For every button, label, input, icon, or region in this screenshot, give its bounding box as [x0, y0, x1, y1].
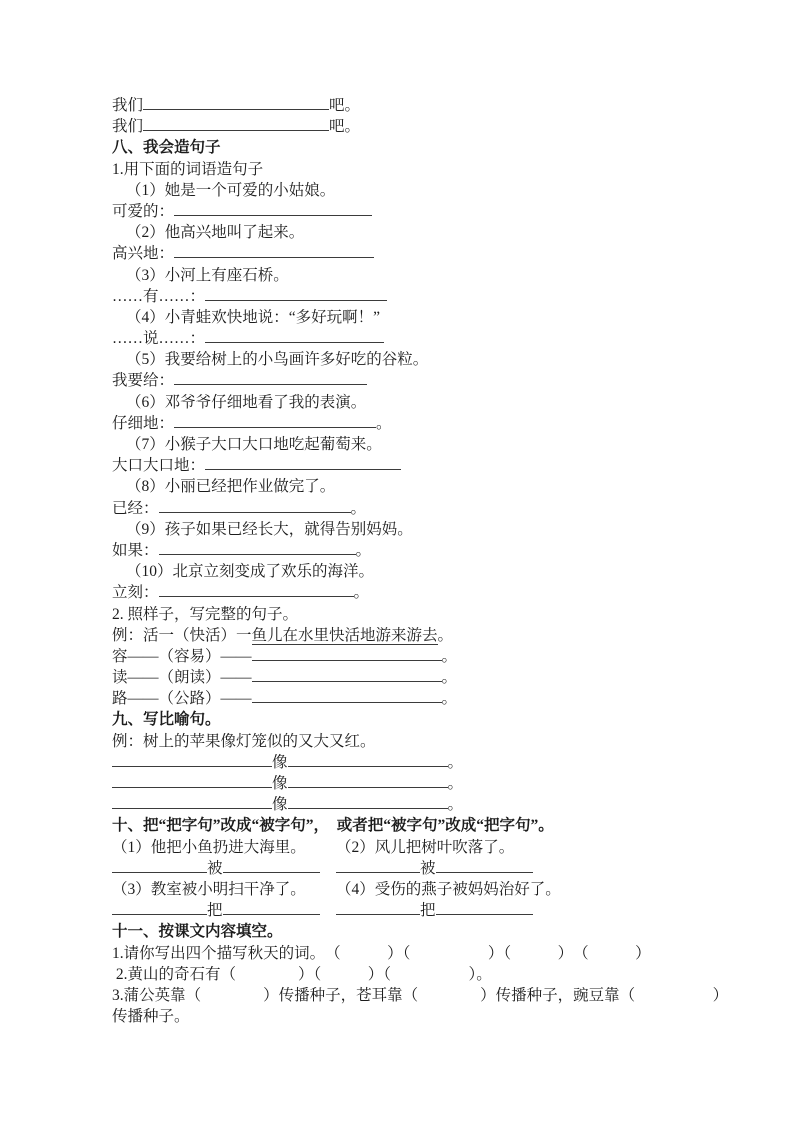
line-text: 被	[420, 860, 436, 877]
worksheet-line: （3）小河上有座石桥。	[112, 265, 763, 286]
worksheet-line: 2. 照样子，写完整的句子。	[112, 604, 763, 625]
line-text: 1.请你写出四个描写秋天的词。 （ ）（ ）（ ） （ ）	[112, 945, 651, 962]
line-text: （9）孩子如果已经长大，就得告别妈妈。	[126, 521, 413, 538]
line-text: 我们	[112, 97, 143, 114]
answer-blank	[112, 753, 272, 767]
answer-blank	[252, 668, 442, 682]
underlined-example: 鱼儿在水里快活地游来游去	[252, 627, 438, 645]
line-text: 如果：	[112, 542, 159, 559]
line-text: 。	[356, 542, 372, 559]
worksheet-line: 1.请你写出四个描写秋天的词。 （ ）（ ）（ ） （ ）	[112, 943, 763, 964]
worksheet-line: （4）小青蛙欢快地说：“多好玩啊！”	[112, 307, 763, 328]
line-text: 像	[272, 796, 288, 813]
line-text: 。	[438, 627, 454, 644]
answer-blank	[159, 541, 356, 555]
worksheet-line: 传播种子。	[112, 1006, 763, 1027]
line-text: 2.黄山的奇石有（ ）（ ）（ ）。	[112, 966, 492, 983]
answer-blank	[205, 287, 387, 301]
worksheet-line: （9）孩子如果已经长大，就得告别妈妈。	[112, 519, 763, 540]
section-10-heading: 十、把“把字句”改成“被字句”， 或者把“被字句”改成“把字句”。	[112, 815, 763, 836]
line-text: 。	[448, 775, 464, 792]
conversion-answer: 把	[112, 900, 336, 921]
answer-blank	[336, 901, 420, 915]
answer-blank	[205, 329, 384, 343]
line-text: 把	[207, 902, 223, 919]
worksheet-line: 仔细地：。	[112, 413, 763, 434]
answer-blank	[288, 753, 448, 767]
heading-text: 十一、按课文内容填空。	[112, 923, 283, 940]
heading-text: 九、写比喻句。	[112, 711, 221, 728]
line-text: 立刻：	[112, 584, 159, 601]
answer-blank	[174, 202, 372, 216]
line-text: （10）北京立刻变成了欢乐的海洋。	[126, 563, 374, 580]
answer-blank	[112, 795, 272, 809]
answer-blank	[336, 859, 420, 873]
worksheet-line: 可爱的：	[112, 201, 763, 222]
line-text: 可爱的：	[112, 203, 174, 220]
line-text: 已经：	[112, 500, 159, 517]
line-text: 例：树上的苹果像灯笼似的又大又红。	[112, 733, 376, 750]
worksheet-line: （8）小丽已经把作业做完了。	[112, 476, 763, 497]
line-text: 。	[442, 669, 458, 686]
worksheet-line: 例：树上的苹果像灯笼似的又大又红。	[112, 731, 763, 752]
line-text: （1）她是一个可爱的小姑娘。	[126, 182, 335, 199]
worksheet-line: 我们吧。	[112, 95, 763, 116]
answer-blank	[205, 456, 401, 470]
worksheet-line: （3）教室被小明扫干净了。（4）受伤的燕子被妈妈治好了。	[112, 879, 763, 900]
worksheet-line: ……说……：	[112, 328, 763, 349]
worksheet-line: （10）北京立刻变成了欢乐的海洋。	[112, 561, 763, 582]
line-text: 把	[420, 902, 436, 919]
worksheet-line: 如果：。	[112, 540, 763, 561]
answer-blank	[436, 859, 533, 873]
section-11-heading: 十一、按课文内容填空。	[112, 921, 763, 942]
line-text: 容——（容易）——	[112, 648, 252, 665]
answer-blank	[159, 583, 354, 597]
worksheet-line: 读——（朗读）——。	[112, 667, 763, 688]
worksheet-line: 2.黄山的奇石有（ ）（ ）（ ）。	[112, 964, 763, 985]
line-text: 被	[207, 860, 223, 877]
worksheet-line: 被 被	[112, 858, 763, 879]
line-text: 。	[448, 754, 464, 771]
worksheet-line: 高兴地：	[112, 243, 763, 264]
answer-blank	[174, 244, 374, 258]
heading-text: 八、我会造句子	[112, 139, 221, 156]
line-text: 吧。	[329, 118, 360, 135]
line-text: 像	[272, 775, 288, 792]
line-text: 。	[442, 648, 458, 665]
worksheet-line: 已经：。	[112, 498, 763, 519]
line-text: 像	[272, 754, 288, 771]
worksheet-line: （6）邓爷爷仔细地看了我的表演。	[112, 392, 763, 413]
answer-blank	[436, 901, 533, 915]
worksheet-line: 大口大口地：	[112, 455, 763, 476]
worksheet-line: 立刻：。	[112, 582, 763, 603]
line-text: 。	[376, 415, 392, 432]
line-text: 。	[448, 796, 464, 813]
line-text: （2）他高兴地叫了起来。	[126, 224, 304, 241]
answer-blank	[112, 901, 207, 915]
line-text: （6）邓爷爷仔细地看了我的表演。	[126, 394, 366, 411]
answer-blank	[288, 774, 448, 788]
answer-blank	[143, 96, 329, 110]
answer-blank	[223, 901, 320, 915]
worksheet-line: （5）我要给树上的小鸟画许多好吃的谷粒。	[112, 349, 763, 370]
line-text: 1.用下面的词语造句子	[112, 161, 263, 178]
line-text: 传播种子。	[112, 1008, 190, 1025]
line-text: 。	[351, 500, 367, 517]
answer-blank	[159, 499, 351, 513]
worksheet-line: 像。	[112, 773, 763, 794]
line-text: 2. 照样子，写完整的句子。	[112, 606, 298, 623]
line-text: （3）小河上有座石桥。	[126, 267, 289, 284]
answer-blank	[288, 795, 448, 809]
conversion-answer: 把	[336, 900, 763, 921]
line-text: （7）小猴子大口大口地吃起葡萄来。	[126, 436, 382, 453]
line-text: 我要给：	[112, 372, 174, 389]
worksheet-line: 1.用下面的词语造句子	[112, 159, 763, 180]
worksheet-line: （7）小猴子大口大口地吃起葡萄来。	[112, 434, 763, 455]
worksheet-line: ……有……：	[112, 286, 763, 307]
line-text: （4）小青蛙欢快地说：“多好玩啊！”	[126, 309, 380, 326]
worksheet-line: （1）他把小鱼扔进大海里。（2）风儿把树叶吹落了。	[112, 837, 763, 858]
answer-blank	[143, 117, 329, 131]
worksheet-line: 路——（公路）——。	[112, 688, 763, 709]
worksheet-line: 像。	[112, 752, 763, 773]
worksheet-line: 把 把	[112, 900, 763, 921]
worksheet-line: 我要给：	[112, 370, 763, 391]
worksheet-line: 容——（容易）——。	[112, 646, 763, 667]
line-text: （3）教室被小明扫干净了。	[112, 879, 336, 900]
line-text: （8）小丽已经把作业做完了。	[126, 478, 335, 495]
worksheet-line: 3.蒲公英靠（ ）传播种子，苍耳靠（ ）传播种子，豌豆靠（ ）	[112, 985, 763, 1006]
answer-blank	[223, 859, 320, 873]
line-text: 我们	[112, 118, 143, 135]
heading-text: 十、把“把字句”改成“被字句”， 或者把“被字句”改成“把字句”。	[112, 817, 554, 834]
conversion-answer: 被	[112, 858, 336, 879]
line-text: 吧。	[329, 97, 360, 114]
line-text: 。	[354, 584, 370, 601]
worksheet-line: （2）他高兴地叫了起来。	[112, 222, 763, 243]
line-text: （2）风儿把树叶吹落了。	[336, 837, 763, 858]
line-text: 。	[442, 690, 458, 707]
answer-blank	[112, 774, 272, 788]
answer-blank	[252, 647, 442, 661]
conversion-answer: 被	[336, 858, 763, 879]
line-text: 路——（公路）——	[112, 690, 252, 707]
answer-blank	[112, 859, 207, 873]
line-text: ……说……：	[112, 330, 205, 347]
section-8-heading: 八、我会造句子	[112, 137, 763, 158]
worksheet-line: 我们吧。	[112, 116, 763, 137]
line-text: 仔细地：	[112, 415, 174, 432]
worksheet-line: 例：活一（快活）一鱼儿在水里快活地游来游去。	[112, 625, 763, 646]
line-text: ……有……：	[112, 288, 205, 305]
line-text: 大口大口地：	[112, 457, 205, 474]
line-text: 读——（朗读）——	[112, 669, 252, 686]
worksheet-line: （1）她是一个可爱的小姑娘。	[112, 180, 763, 201]
answer-blank	[174, 414, 376, 428]
section-9-heading: 九、写比喻句。	[112, 709, 763, 730]
line-text: （4）受伤的燕子被妈妈治好了。	[336, 879, 763, 900]
line-text: 3.蒲公英靠（ ）传播种子，苍耳靠（ ）传播种子，豌豆靠（ ）	[112, 987, 728, 1004]
line-text: 高兴地：	[112, 245, 174, 262]
line-text: （1）他把小鱼扔进大海里。	[112, 837, 336, 858]
answer-blank	[174, 371, 367, 385]
line-text: 例：活一（快活）一	[112, 627, 252, 644]
worksheet-line: 像。	[112, 794, 763, 815]
line-text: （5）我要给树上的小鸟画许多好吃的谷粒。	[126, 351, 428, 368]
answer-blank	[252, 689, 442, 703]
worksheet-page: 我们吧。 我们吧。 八、我会造句子 1.用下面的词语造句子 （1）她是一个可爱的…	[0, 0, 793, 1122]
